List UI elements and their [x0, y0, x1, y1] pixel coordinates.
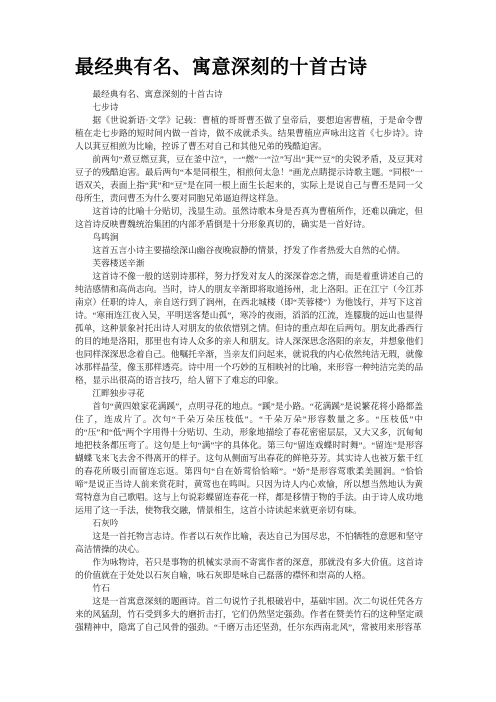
paragraph: 这首诗不像一般的送别诗那样，努力抒发对友人的深深眷恋之情，而是着重讲述自己的纯洁…	[75, 270, 423, 387]
paragraph: 这是一首托物言志诗。作者以石灰作比喻，表达自己为国尽忠，不怕牺牲的意愿和坚守高洁…	[75, 530, 423, 556]
paragraph: 这是一首寓意深刻的题画诗。首二句说竹子扎根破岩中，基础牢固。次二句说任凭各方来的…	[75, 595, 423, 634]
document-body: 最经典有名、寓意深刻的十首古诗七步诗据《世说新语·文学》记载：曹植的哥哥曹丕做了…	[75, 88, 423, 634]
section-heading: 七步诗	[75, 101, 423, 114]
section-heading: 鸟鸣涧	[75, 231, 423, 244]
paragraph: 作为咏物诗，若只是事物的机械实录而不寄寓作者的深意，那就没有多大价值。这首诗的价…	[75, 556, 423, 582]
document-title: 最经典有名、寓意深刻的十首古诗	[75, 57, 423, 79]
section-heading: 竹石	[75, 582, 423, 595]
paragraph: 据《世说新语·文学》记载：曹植的哥哥曹丕做了皇帝后，要想迫害曹植，于是命令曹植在…	[75, 114, 423, 153]
paragraph: 首句“黄四娘家花满蹊”，点明寻花的地点。“蹊”是小路。“花满蹊”是说繁花将小路都…	[75, 400, 423, 517]
paragraph: 这首诗的比喻十分贴切，浅显生动。虽然诗歌本身是否真为曹植所作，还难以确定，但这首…	[75, 205, 423, 231]
document-subtitle: 最经典有名、寓意深刻的十首古诗	[75, 88, 423, 101]
document-content: 最经典有名、寓意深刻的十首古诗 最经典有名、寓意深刻的十首古诗七步诗据《世说新语…	[75, 57, 423, 634]
section-heading: 芙蓉楼送辛渐	[75, 257, 423, 270]
paragraph: 前两句“煮豆燃豆萁，豆在釜中泣”，一“燃”一“泣”写出“萁”“豆”的尖锐矛盾，及…	[75, 153, 423, 205]
paragraph: 这首五言小诗主要描绘深山幽谷夜晚寂静的情景，抒发了作者热爱大自然的心情。	[75, 244, 423, 257]
document-page: 最经典有名、寓意深刻的十首古诗 最经典有名、寓意深刻的十首古诗七步诗据《世说新语…	[0, 0, 496, 702]
section-heading: 江畔独步寻花	[75, 387, 423, 400]
section-heading: 石灰吟	[75, 517, 423, 530]
